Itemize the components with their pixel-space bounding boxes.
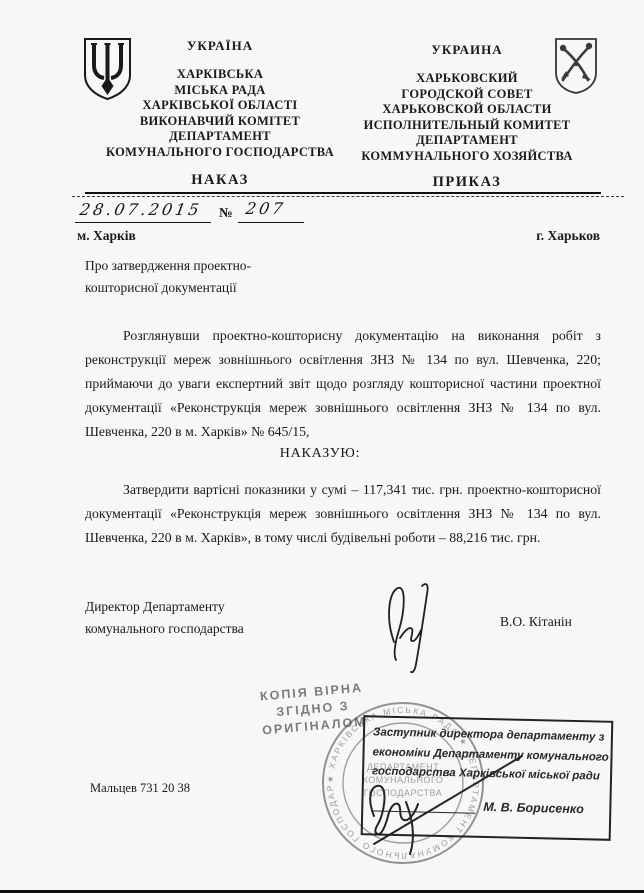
org-line: ИСПОЛНИТЕЛЬНЫЙ КОМИТЕТ: [352, 118, 582, 134]
footer-contact: Мальцев 731 20 38: [90, 781, 190, 796]
handwritten-date: 28.07.2015: [78, 200, 203, 219]
signer-title: Директор Департаменту комунального госпо…: [85, 596, 244, 640]
right-org-lines: ХАРЬКОВСКИЙ ГОРОДСКОЙ СОВЕТ ХАРЬКОВСКОЙ …: [352, 71, 582, 164]
place-right: г. Харьков: [536, 228, 600, 244]
header-divider-dashed-line: [72, 196, 624, 197]
signer-title-line-1: Директор Департаменту: [85, 596, 244, 618]
org-line: ХАРКІВСЬКА: [75, 67, 365, 83]
org-line: ХАРЬКОВСКИЙ: [352, 71, 582, 87]
body-paragraph-1: Розглянувши проектно-кошторисну документ…: [85, 324, 601, 444]
signer-title-line-2: комунального господарства: [85, 618, 244, 640]
place-left: м. Харків: [77, 228, 136, 244]
doc-type-prikaz: ПРИКАЗ: [352, 174, 582, 191]
signer-name: В.О. Кітанін: [500, 614, 572, 630]
order-heading: НАКАЗУЮ:: [85, 446, 555, 462]
org-line: КОММУНАЛЬНОГО ХОЗЯЙСТВА: [352, 149, 582, 165]
org-line: ГОРОДСКОЙ СОВЕТ: [352, 87, 582, 103]
body-paragraph-2: Затвердити вартісні показники у сумі – 1…: [85, 478, 601, 550]
org-line: КОМУНАЛЬНОГО ГОСПОДАРСТВА: [75, 145, 365, 161]
org-line: ВИКОНАВЧИЙ КОМІТЕТ: [75, 114, 365, 130]
header-divider-line: [85, 192, 601, 194]
handwritten-number: 207: [244, 199, 287, 218]
org-line: ХАРКІВСЬКОЇ ОБЛАСТІ: [75, 98, 365, 114]
org-line: ХАРЬКОВСКОЙ ОБЛАСТИ: [352, 102, 582, 118]
org-line: МІСЬКА РАДА: [75, 83, 365, 99]
number-sign: №: [219, 205, 233, 221]
left-header-block: УКРАЇНА ХАРКІВСЬКА МІСЬКА РАДА ХАРКІВСЬК…: [75, 38, 365, 160]
org-line: ДЕПАРТАМЕНТ: [352, 133, 582, 149]
country-name-ru: УКРАИНА: [352, 42, 582, 58]
subject-text: Про затвердження проектно-кошторисної до…: [85, 255, 290, 299]
left-org-lines: ХАРКІВСЬКА МІСЬКА РАДА ХАРКІВСЬКОЇ ОБЛАС…: [75, 67, 365, 160]
scanned-order-document: УКРАЇНА ХАРКІВСЬКА МІСЬКА РАДА ХАРКІВСЬК…: [0, 0, 644, 893]
number-underline: [238, 222, 304, 223]
deputy-signature: [352, 742, 562, 862]
org-line: ДЕПАРТАМЕНТ: [75, 129, 365, 145]
date-underline: [75, 222, 211, 223]
director-signature: [378, 580, 438, 675]
country-name-uk: УКРАЇНА: [75, 38, 365, 54]
doc-type-nakaz: НАКАЗ: [75, 172, 365, 189]
right-header-block: УКРАИНА ХАРЬКОВСКИЙ ГОРОДСКОЙ СОВЕТ ХАРЬ…: [352, 42, 582, 164]
